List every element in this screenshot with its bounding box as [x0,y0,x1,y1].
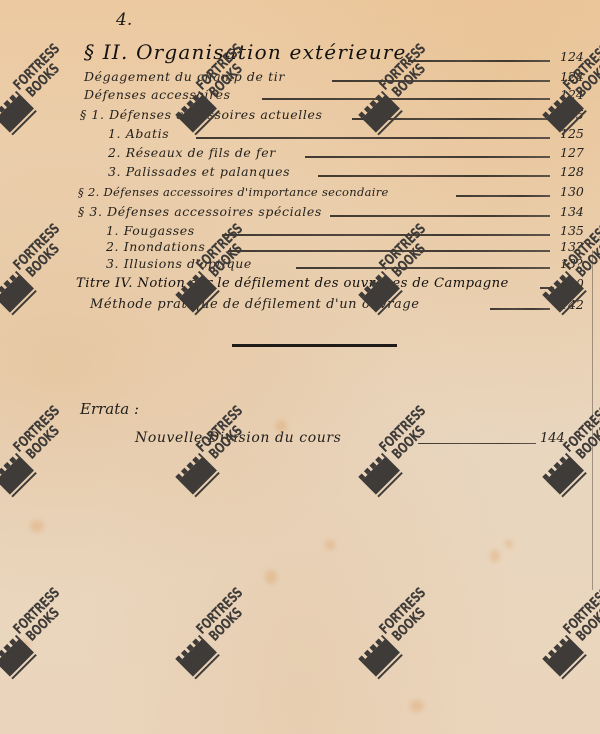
fortress-books-watermark: FORTRESS BOOKS [151,406,250,505]
toc-entry: 2. Réseaux de fils de fer 127 [0,142,600,162]
toc-entry: § II. Organisation extérieure 124 [0,46,600,66]
toc-leader-line [318,175,550,177]
castle-logo-icon [179,456,217,494]
toc-entry: Défenses accessoires 124 [0,84,600,104]
toc-leader-line [196,137,550,139]
foxing-spot [490,550,500,562]
castle-logo-icon [362,94,400,132]
toc-leader-line [330,215,550,217]
fortress-books-watermark: FORTRESS BOOKS [518,588,600,687]
document-page: 4. § II. Organisation extérieure 124 Dég… [0,0,600,734]
castle-logo-icon [546,274,584,312]
castle-logo-icon [0,456,34,494]
toc-entry: § 2. Défenses accessoires d'importance s… [0,181,600,201]
toc-entry: § 1. Défenses accessoires actuelles 125 [0,104,600,124]
toc-leader-line [408,60,550,62]
toc-leader-line [490,308,550,310]
castle-logo-icon [179,94,217,132]
errata-entry: Nouvelle Division du cours 144 [0,428,600,448]
castle-logo-icon [179,638,217,676]
toc-entry-page: 134 [560,204,584,219]
castle-logo-icon [362,456,400,494]
fortress-books-watermark: FORTRESS BOOKS [0,406,66,505]
toc-entry: 1. Abatis 125 [0,123,600,143]
castle-logo-icon [546,94,584,132]
toc-entry-page: 130 [560,184,584,199]
toc-leader-line [418,443,536,445]
toc-entry-label: § 2. Défenses accessoires d'importance s… [78,185,389,199]
foxing-spot [325,540,335,550]
fortress-books-watermark: FORTRESS BOOKS [334,588,433,687]
toc-entry: § 3. Défenses accessoires spéciales 134 [0,201,600,221]
toc-leader-line [456,195,550,197]
toc-entry-label: § 3. Défenses accessoires spéciales [78,204,322,219]
toc-entry-label: Titre IV. Notion sur le défilement des o… [76,276,509,291]
toc-entry-label: 3. Palissades et palanques [108,164,290,179]
errata-heading: Errata : [80,400,139,418]
castle-logo-icon [0,638,34,676]
toc-leader-line [305,156,550,158]
toc-entry: 3. Illusions d'optique 13? [0,253,600,273]
fortress-books-watermark: FORTRESS BOOKS [151,588,250,687]
castle-logo-icon [546,638,584,676]
castle-logo-icon [179,274,217,312]
toc-entry: Dégagement du champ de tir 124 [0,66,600,86]
fortress-books-watermark: FORTRESS BOOKS [0,588,66,687]
castle-logo-icon [362,274,400,312]
toc-entry-page: 127 [560,145,584,160]
separator-rule [232,344,397,347]
foxing-spot [265,570,277,584]
toc-entry-page: 128 [560,164,584,179]
fortress-books-watermark: FORTRESS BOOKS [334,406,433,505]
castle-logo-icon [546,456,584,494]
foxing-spot [410,700,424,712]
page-number: 4. [116,10,132,30]
castle-logo-icon [362,638,400,676]
toc-entry: Titre IV. Notion sur le défilement des o… [0,273,600,293]
castle-logo-icon [0,274,34,312]
foxing-spot [30,520,44,532]
foxing-spot [505,540,513,548]
toc-entry: Méthode pratique de défilement d'un ouvr… [0,294,600,314]
toc-entry-label: 2. Réseaux de fils de fer [108,145,276,160]
toc-entry-label: 1. Abatis [108,126,169,141]
castle-logo-icon [0,94,34,132]
fortress-books-watermark: FORTRESS BOOKS [518,406,600,505]
toc-entry: 3. Palissades et palanques 128 [0,161,600,181]
